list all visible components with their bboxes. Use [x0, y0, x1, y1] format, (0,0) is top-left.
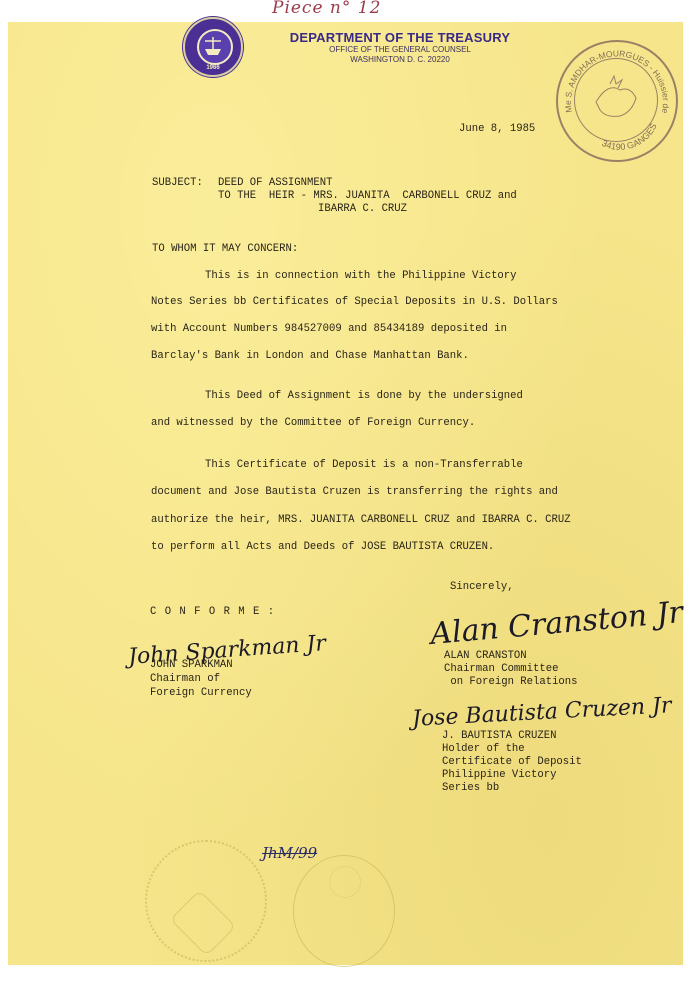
paragraph-1-line: Notes Series bb Certificates of Special …	[151, 296, 558, 308]
paragraph-2-line: and witnessed by the Committee of Foreig…	[151, 417, 475, 429]
letterhead-title: DEPARTMENT OF THE TREASURY	[240, 30, 560, 45]
svg-text:34190 GANGES: 34190 GANGES	[600, 122, 658, 152]
paragraph-3-line: document and Jose Bautista Cruzen is tra…	[151, 486, 558, 498]
embossed-seal-left-icon	[145, 840, 267, 962]
paragraph-1-line: Barclay's Bank in London and Chase Manha…	[151, 350, 469, 362]
signatory-title: Holder of the	[442, 743, 525, 755]
paragraph-3-line: to perform all Acts and Deeds of JOSE BA…	[151, 541, 494, 553]
handwritten-annotation: Piece n° 12	[272, 0, 381, 18]
seal-year: 1966	[185, 65, 241, 71]
salutation: TO WHOM IT MAY CONCERN:	[152, 243, 298, 255]
subject-label: SUBJECT:	[152, 177, 203, 189]
paragraph-2-line: This Deed of Assignment is done by the u…	[205, 390, 523, 402]
signatory-name: ALAN CRANSTON	[444, 650, 527, 662]
conforme-label: C O N F O R M E :	[150, 606, 275, 618]
treasury-seal-icon: 1966	[183, 17, 243, 77]
letterhead-office: OFFICE OF THE GENERAL COUNSEL	[240, 45, 560, 55]
closing: Sincerely,	[450, 581, 514, 593]
bailiff-stamp: Me S. AMDHAR-MOURGUES - Huissier de Just…	[556, 40, 678, 162]
paragraph-3-line: This Certificate of Deposit is a non-Tra…	[205, 459, 523, 471]
signatory-title: Series bb	[442, 782, 499, 794]
signatory-title: Chairman of	[150, 673, 220, 685]
paragraph-1-line: with Account Numbers 984527009 and 85434…	[151, 323, 507, 335]
embossed-seal-right-icon	[293, 855, 395, 967]
signatory-title: Certificate of Deposit	[442, 756, 582, 768]
letter-date: June 8, 1985	[459, 123, 535, 135]
signatory-name: JOHN SPARKMAN	[150, 659, 233, 671]
subject-line-2: TO THE HEIR - MRS. JUANITA CARBONELL CRU…	[218, 190, 517, 202]
stamp-city: 34190 GANGES	[600, 122, 658, 152]
signatory-title: Philippine Victory	[442, 769, 556, 781]
signatory-title: on Foreign Relations	[444, 676, 578, 688]
subject-line-3: IBARRA C. CRUZ	[318, 203, 407, 215]
paragraph-1-line: This is in connection with the Philippin…	[205, 270, 517, 282]
handwritten-initials: JhM/99	[262, 844, 317, 862]
letterhead: DEPARTMENT OF THE TREASURY OFFICE OF THE…	[240, 30, 560, 65]
subject-line-1: DEED OF ASSIGNMENT	[218, 177, 332, 189]
letterhead-address: WASHINGTON D. C. 20220	[240, 55, 560, 65]
signatory-title: Foreign Currency	[150, 687, 252, 699]
signatory-name: J. BAUTISTA CRUZEN	[442, 730, 556, 742]
paragraph-3-line: authorize the heir, MRS. JUANITA CARBONE…	[151, 514, 571, 526]
signatory-title: Chairman Committee	[444, 663, 558, 675]
